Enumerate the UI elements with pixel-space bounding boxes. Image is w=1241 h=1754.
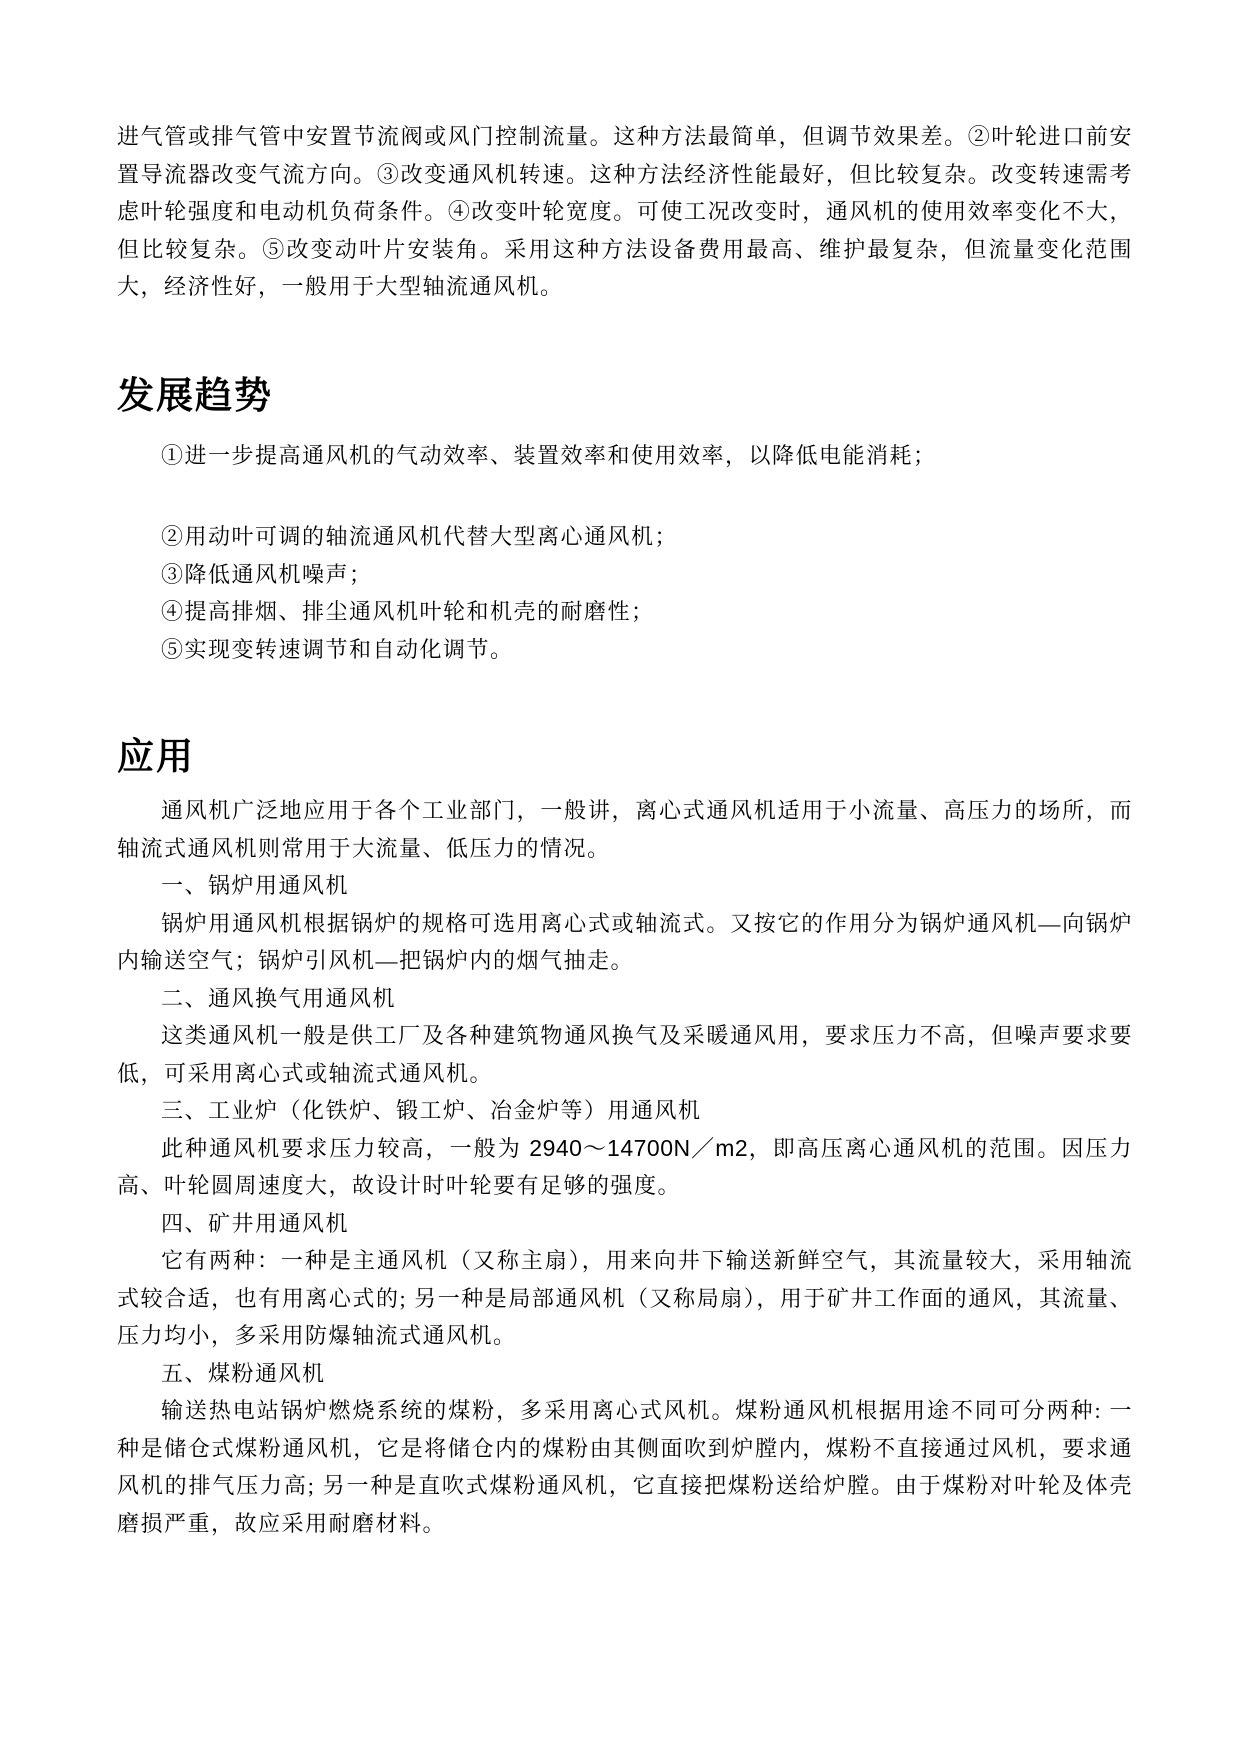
application-paragraph: 五、煤粉通风机: [117, 1355, 1133, 1393]
applications-body: 通风机广泛地应用于各个工业部门，一般讲，离心式通风机适用于小流量、高压力的场所，…: [117, 792, 1133, 1542]
pressure-range-value: 2940～14700N／m2: [529, 1135, 748, 1161]
application-paragraph: 这类通风机一般是供工厂及各种建筑物通风换气及采暖通风用，要求压力不高，但噪声要求…: [117, 1017, 1133, 1092]
section-heading-applications: 应用: [117, 735, 1133, 779]
trend-item: ③降低通风机噪声；: [117, 556, 1133, 594]
application-paragraph: 它有两种：一种是主通风机（又称主扇），用来向井下输送新鲜空气，其流量较大，采用轴…: [117, 1242, 1133, 1355]
trend-item: ⑤实现变转速调节和自动化调节。: [117, 631, 1133, 669]
application-paragraph: 锅炉用通风机根据锅炉的规格可选用离心式或轴流式。又按它的作用分为锅炉通风机—向锅…: [117, 905, 1133, 980]
trend-item: ①进一步提高通风机的气动效率、装置效率和使用效率，以降低电能消耗；: [117, 437, 1133, 475]
application-paragraph: 一、锅炉用通风机: [117, 867, 1133, 905]
application-paragraph: 三、工业炉（化铁炉、锻工炉、冶金炉等）用通风机: [117, 1092, 1133, 1130]
trend-item: ④提高排烟、排尘通风机叶轮和机壳的耐磨性；: [117, 593, 1133, 631]
application-paragraph: 此种通风机要求压力较高，一般为 2940～14700N／m2，即高压离心通风机的…: [117, 1130, 1133, 1205]
intro-paragraph: 进气管或排气管中安置节流阀或风门控制流量。这种方法最简单，但调节效果差。②叶轮进…: [117, 118, 1133, 306]
trend-item: ②用动叶可调的轴流通风机代替大型离心通风机；: [117, 518, 1133, 556]
application-paragraph: 通风机广泛地应用于各个工业部门，一般讲，离心式通风机适用于小流量、高压力的场所，…: [117, 792, 1133, 867]
application-paragraph: 二、通风换气用通风机: [117, 980, 1133, 1018]
document-page: 进气管或排气管中安置节流阀或风门控制流量。这种方法最简单，但调节效果差。②叶轮进…: [0, 0, 1241, 1754]
section-heading-trends: 发展趋势: [117, 374, 1133, 418]
application-paragraph: 输送热电站锅炉燃烧系统的煤粉，多采用离心式风机。煤粉通风机根据用途不同可分两种:…: [117, 1392, 1133, 1542]
trends-list: ①进一步提高通风机的气动效率、装置效率和使用效率，以降低电能消耗；②用动叶可调的…: [117, 437, 1133, 669]
application-paragraph: 四、矿井用通风机: [117, 1205, 1133, 1243]
